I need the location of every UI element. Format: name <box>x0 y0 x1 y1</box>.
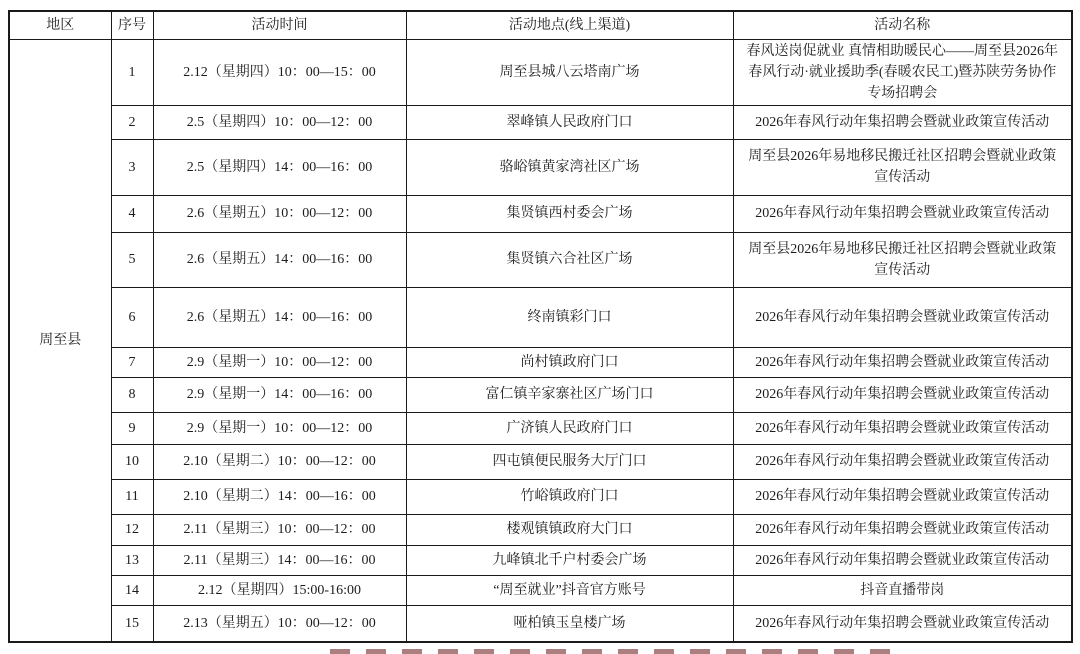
table-header: 地区 序号 活动时间 活动地点(线上渠道) 活动名称 <box>9 11 1072 39</box>
table-row: 3 2.5（星期四）14：00—16：00 骆峪镇黄家湾社区广场 周至县2026… <box>9 139 1072 195</box>
header-row: 地区 序号 活动时间 活动地点(线上渠道) 活动名称 <box>9 11 1072 39</box>
seq-cell: 6 <box>111 287 153 347</box>
location-cell: 尚村镇政府门口 <box>406 347 733 377</box>
name-cell: 2026年春风行动年集招聘会暨就业政策宣传活动 <box>733 444 1072 479</box>
header-location: 活动地点(线上渠道) <box>406 11 733 39</box>
seq-cell: 11 <box>111 479 153 514</box>
activity-schedule-table: 地区 序号 活动时间 活动地点(线上渠道) 活动名称 周至县1 2.12（星期四… <box>8 10 1073 643</box>
name-cell: 2026年春风行动年集招聘会暨就业政策宣传活动 <box>733 105 1072 139</box>
location-cell: 竹峪镇政府门口 <box>406 479 733 514</box>
table-body: 周至县1 2.12（星期四）10：00—15：00 周至县城八云塔南广场 春风送… <box>9 39 1072 642</box>
time-cell: 2.6（星期五）14：00—16：00 <box>153 287 406 347</box>
name-cell: 周至县2026年易地移民搬迁社区招聘会暨就业政策宣传活动 <box>733 232 1072 287</box>
name-cell: 2026年春风行动年集招聘会暨就业政策宣传活动 <box>733 545 1072 575</box>
name-cell: 抖音直播带岗 <box>733 575 1072 605</box>
time-cell: 2.9（星期一）10：00—12：00 <box>153 412 406 444</box>
time-cell: 2.12（星期四）10：00—15：00 <box>153 39 406 105</box>
header-seq: 序号 <box>111 11 153 39</box>
location-cell: 哑柏镇玉皇楼广场 <box>406 605 733 642</box>
name-cell: 2026年春风行动年集招聘会暨就业政策宣传活动 <box>733 377 1072 412</box>
time-cell: 2.5（星期四）14：00—16：00 <box>153 139 406 195</box>
time-cell: 2.6（星期五）14：00—16：00 <box>153 232 406 287</box>
table-row: 13 2.11（星期三）14：00—16：00 九峰镇北千户村委会广场 2026… <box>9 545 1072 575</box>
seq-cell: 10 <box>111 444 153 479</box>
name-cell: 周至县2026年易地移民搬迁社区招聘会暨就业政策宣传活动 <box>733 139 1072 195</box>
time-cell: 2.6（星期五）10：00—12：00 <box>153 195 406 232</box>
seq-cell: 5 <box>111 232 153 287</box>
location-cell: 骆峪镇黄家湾社区广场 <box>406 139 733 195</box>
table-row: 9 2.9（星期一）10：00—12：00 广济镇人民政府门口 2026年春风行… <box>9 412 1072 444</box>
location-cell: 终南镇彩门口 <box>406 287 733 347</box>
name-cell: 春风送岗促就业 真情相助暖民心——周至县2026年春风行动·就业援助季(春暖农民… <box>733 39 1072 105</box>
seq-cell: 15 <box>111 605 153 642</box>
location-cell: 广济镇人民政府门口 <box>406 412 733 444</box>
location-cell: 富仁镇辛家寨社区广场门口 <box>406 377 733 412</box>
seq-cell: 13 <box>111 545 153 575</box>
table-row: 12 2.11（星期三）10：00—12：00 楼观镇镇政府大门口 2026年春… <box>9 514 1072 545</box>
location-cell: 四屯镇便民服务大厅门口 <box>406 444 733 479</box>
location-cell: “周至就业”抖音官方账号 <box>406 575 733 605</box>
time-cell: 2.5（星期四）10：00—12：00 <box>153 105 406 139</box>
table-row: 2 2.5（星期四）10：00—12：00 翠峰镇人民政府门口 2026年春风行… <box>9 105 1072 139</box>
name-cell: 2026年春风行动年集招聘会暨就业政策宣传活动 <box>733 605 1072 642</box>
table-row: 8 2.9（星期一）14：00—16：00 富仁镇辛家寨社区广场门口 2026年… <box>9 377 1072 412</box>
region-cell: 周至县 <box>9 39 111 642</box>
time-cell: 2.11（星期三）14：00—16：00 <box>153 545 406 575</box>
name-cell: 2026年春风行动年集招聘会暨就业政策宣传活动 <box>733 514 1072 545</box>
seq-cell: 8 <box>111 377 153 412</box>
table-row: 11 2.10（星期二）14：00—16：00 竹峪镇政府门口 2026年春风行… <box>9 479 1072 514</box>
table-row: 10 2.10（星期二）10：00—12：00 四屯镇便民服务大厅门口 2026… <box>9 444 1072 479</box>
location-cell: 周至县城八云塔南广场 <box>406 39 733 105</box>
seq-cell: 12 <box>111 514 153 545</box>
name-cell: 2026年春风行动年集招聘会暨就业政策宣传活动 <box>733 347 1072 377</box>
table-row: 6 2.6（星期五）14：00—16：00 终南镇彩门口 2026年春风行动年集… <box>9 287 1072 347</box>
time-cell: 2.13（星期五）10：00—12：00 <box>153 605 406 642</box>
table-row: 15 2.13（星期五）10：00—12：00 哑柏镇玉皇楼广场 2026年春风… <box>9 605 1072 642</box>
table-row: 周至县1 2.12（星期四）10：00—15：00 周至县城八云塔南广场 春风送… <box>9 39 1072 105</box>
seq-cell: 14 <box>111 575 153 605</box>
name-cell: 2026年春风行动年集招聘会暨就业政策宣传活动 <box>733 412 1072 444</box>
name-cell: 2026年春风行动年集招聘会暨就业政策宣传活动 <box>733 195 1072 232</box>
seq-cell: 4 <box>111 195 153 232</box>
time-cell: 2.9（星期一）10：00—12：00 <box>153 347 406 377</box>
time-cell: 2.10（星期二）10：00—12：00 <box>153 444 406 479</box>
location-cell: 集贤镇西村委会广场 <box>406 195 733 232</box>
location-cell: 翠峰镇人民政府门口 <box>406 105 733 139</box>
name-cell: 2026年春风行动年集招聘会暨就业政策宣传活动 <box>733 287 1072 347</box>
seq-cell: 7 <box>111 347 153 377</box>
location-cell: 集贤镇六合社区广场 <box>406 232 733 287</box>
header-region: 地区 <box>9 11 111 39</box>
time-cell: 2.10（星期二）14：00—16：00 <box>153 479 406 514</box>
location-cell: 楼观镇镇政府大门口 <box>406 514 733 545</box>
seq-cell: 2 <box>111 105 153 139</box>
time-cell: 2.11（星期三）10：00—12：00 <box>153 514 406 545</box>
table-row: 5 2.6（星期五）14：00—16：00 集贤镇六合社区广场 周至县2026年… <box>9 232 1072 287</box>
clipped-caption-strip <box>330 649 900 654</box>
location-cell: 九峰镇北千户村委会广场 <box>406 545 733 575</box>
seq-cell: 9 <box>111 412 153 444</box>
header-name: 活动名称 <box>733 11 1072 39</box>
table-row: 7 2.9（星期一）10：00—12：00 尚村镇政府门口 2026年春风行动年… <box>9 347 1072 377</box>
name-cell: 2026年春风行动年集招聘会暨就业政策宣传活动 <box>733 479 1072 514</box>
seq-cell: 1 <box>111 39 153 105</box>
seq-cell: 3 <box>111 139 153 195</box>
table-row: 14 2.12（星期四）15:00-16:00 “周至就业”抖音官方账号 抖音直… <box>9 575 1072 605</box>
time-cell: 2.12（星期四）15:00-16:00 <box>153 575 406 605</box>
time-cell: 2.9（星期一）14：00—16：00 <box>153 377 406 412</box>
header-time: 活动时间 <box>153 11 406 39</box>
table-row: 4 2.6（星期五）10：00—12：00 集贤镇西村委会广场 2026年春风行… <box>9 195 1072 232</box>
